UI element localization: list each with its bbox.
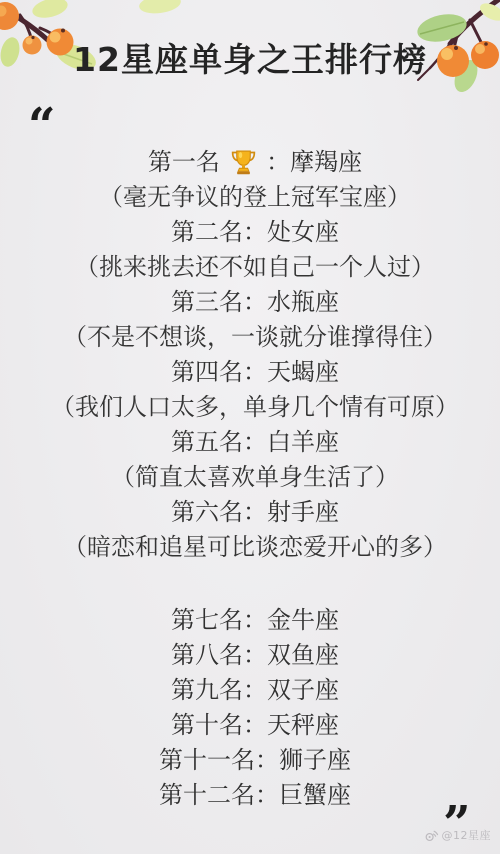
weibo-logo-icon: [424, 829, 439, 842]
rank-label: 第十二名: [159, 781, 255, 809]
reason-line: （挑来挑去还不如自己一个人过）: [10, 250, 500, 285]
zodiac-sign: 天秤座: [267, 711, 339, 739]
rank-colon: ：: [243, 288, 267, 316]
rank-colon: ：: [243, 358, 267, 386]
reason-line: （暗恋和追星可比谈恋爱开心的多）: [10, 530, 500, 565]
section-gap: [10, 565, 500, 603]
rank-label: 第八名: [171, 641, 243, 669]
rank-label: 第十名: [171, 711, 243, 739]
rank-line: 第十一名：狮子座: [10, 743, 500, 778]
rank-colon: ：: [243, 498, 267, 526]
rank-line: 第六名：射手座: [10, 495, 500, 530]
trophy-icon: [230, 148, 257, 175]
zodiac-sign: 双鱼座: [267, 641, 339, 669]
rank-label: 第七名: [171, 606, 243, 634]
rank-colon: ：: [255, 746, 279, 774]
zodiac-sign: 处女座: [267, 218, 339, 246]
rank-label: 第十一名: [159, 746, 255, 774]
reason-line: （简直太喜欢单身生活了）: [10, 460, 500, 495]
rank-colon: ：: [243, 676, 267, 704]
rank-colon: ：: [255, 781, 279, 809]
zodiac-sign: 狮子座: [279, 746, 351, 774]
rank-colon: ：: [243, 428, 267, 456]
close-quote-mark: ”: [443, 800, 471, 848]
ranking-list: 第一名 ：摩羯座 （毫无争议的登上冠军宝座） 第二名：处女座 （挑来挑去还不如自…: [0, 145, 500, 813]
rank-line: 第三名：水瓶座: [10, 285, 500, 320]
zodiac-sign: 巨蟹座: [279, 781, 351, 809]
zodiac-sign: 天蝎座: [267, 358, 339, 386]
rank-line: 第五名：白羊座: [10, 425, 500, 460]
rank-label: 第二名: [171, 218, 243, 246]
rank-label: 第三名: [171, 288, 243, 316]
rank-line: 第四名：天蝎座: [10, 355, 500, 390]
rank-line: 第九名：双子座: [10, 673, 500, 708]
page-title: 12星座单身之王排行榜: [0, 34, 500, 81]
zodiac-sign: 摩羯座: [290, 148, 362, 176]
rank-label: 第四名: [171, 358, 243, 386]
rank-colon: ：: [243, 711, 267, 739]
open-quote-mark: “: [28, 102, 56, 150]
zodiac-sign: 射手座: [267, 498, 339, 526]
rank-colon: ：: [266, 148, 290, 176]
trophy-slot: [220, 148, 266, 176]
rank-line: 第二名：处女座: [10, 215, 500, 250]
zodiac-sign: 白羊座: [267, 428, 339, 456]
zodiac-sign: 双子座: [267, 676, 339, 704]
reason-line: （不是不想谈，一谈就分谁撑得住）: [10, 320, 500, 355]
zodiac-sign: 水瓶座: [267, 288, 339, 316]
rank-colon: ：: [243, 606, 267, 634]
rank-label: 第九名: [171, 676, 243, 704]
rank-label: 第五名: [171, 428, 243, 456]
rank-label: 第六名: [171, 498, 243, 526]
berry-branch-decoration-right: [350, 0, 500, 165]
rank-label: 第一名: [148, 148, 220, 176]
rank-line: 第一名 ：摩羯座: [10, 145, 500, 180]
rank-line: 第八名：双鱼座: [10, 638, 500, 673]
zodiac-ranking-poster: 12星座单身之王排行榜 “ 第一名 ：摩羯座 （毫无争议的登上冠军宝座） 第二名…: [0, 0, 500, 854]
reason-line: （我们人口太多，单身几个情有可原）: [10, 390, 500, 425]
rank-line: 第七名：金牛座: [10, 603, 500, 638]
zodiac-sign: 金牛座: [267, 606, 339, 634]
rank-colon: ：: [243, 641, 267, 669]
rank-line: 第十名：天秤座: [10, 708, 500, 743]
reason-line: （毫无争议的登上冠军宝座）: [10, 180, 500, 215]
rank-colon: ：: [243, 218, 267, 246]
rank-line: 第十二名：巨蟹座: [10, 778, 500, 813]
